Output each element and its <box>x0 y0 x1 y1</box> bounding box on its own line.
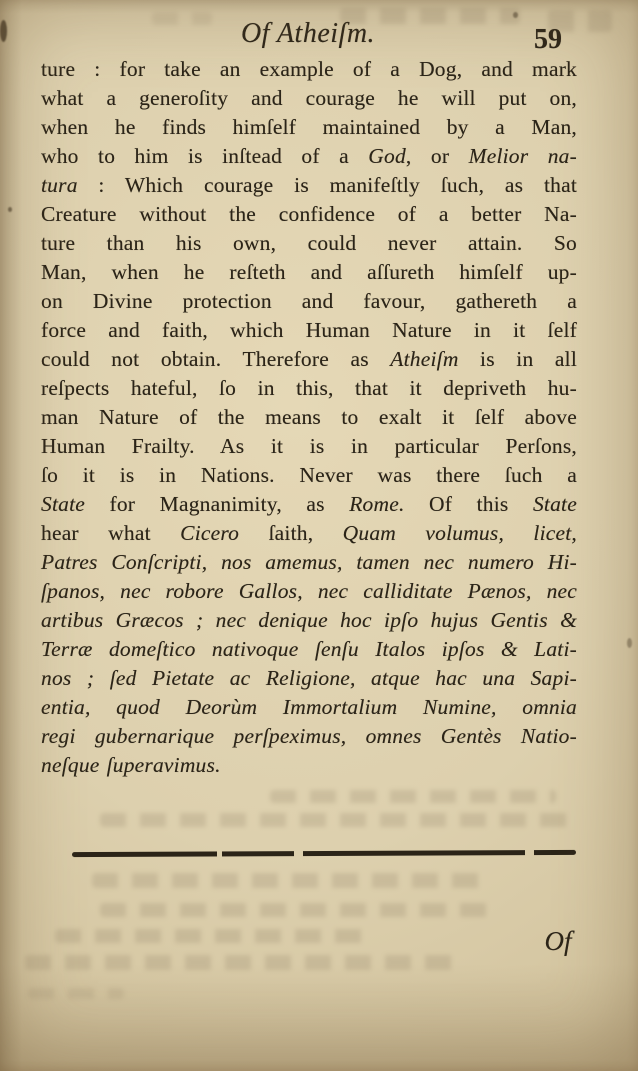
body-line: Human Frailty. As it is in particular Pe… <box>41 432 577 461</box>
body-line: ſo it is in Nations. Never was there ſuc… <box>41 461 577 490</box>
body-line: reſpects hateful, ſo in this, that it de… <box>41 374 577 403</box>
roman-text-segment: force and faith, which Human Nature in i… <box>41 318 577 342</box>
roman-text-segment: , or <box>406 144 469 168</box>
body-line: entia, quod Deorùm Immortalium Numine, o… <box>41 693 577 722</box>
italic-text-segment: State <box>533 492 577 516</box>
roman-text-segment: : Which courage is manifeſtly ſuch, as t… <box>78 173 577 197</box>
bleedthrough-ghost-row <box>28 988 124 999</box>
roman-text-segment: reſpects hateful, ſo in this, that it de… <box>41 376 577 400</box>
roman-text-segment: ſaith, <box>239 521 343 545</box>
italic-text-segment: artibus Græcos ; nec denique hoc ipſo hu… <box>41 608 577 632</box>
body-line: hear what Cicero ſaith, Quam volumus, li… <box>41 519 577 548</box>
italic-text-segment: Rome. <box>349 492 404 516</box>
body-line: neſque ſuperavimus. <box>41 751 577 780</box>
body-line: what a generoſity and courage he will pu… <box>41 84 577 113</box>
italic-text-segment: entia, quod Deorùm Immortalium Numine, o… <box>41 695 577 719</box>
body-text: ture : for take an example of a Dog, and… <box>41 55 577 780</box>
catchword: Of <box>536 926 580 957</box>
section-rule <box>72 850 576 857</box>
bleedthrough-ghost-row <box>152 12 212 25</box>
body-line: State for Magnanimity, as Rome. Of this … <box>41 490 577 519</box>
body-line: when he finds himſelf maintained by a Ma… <box>41 113 577 142</box>
bleedthrough-ghost-row <box>25 955 453 970</box>
body-line: ture : for take an example of a Dog, and… <box>41 55 577 84</box>
italic-text-segment: Terræ domeſtico nativoque ſenſu Italos i… <box>41 637 577 661</box>
italic-text-segment: God <box>368 144 406 168</box>
body-line: could not obtain. Therefore as Atheiſm i… <box>41 345 577 374</box>
roman-text-segment: Man, when he reſteth and aſſureth himſel… <box>41 260 577 284</box>
body-line: ſpanos, nec robore Gallos, nec callidita… <box>41 577 577 606</box>
page-number: 59 <box>520 24 576 56</box>
body-line: ture than his own, could never attain. S… <box>41 229 577 258</box>
body-line: force and faith, which Human Nature in i… <box>41 316 577 345</box>
ink-speck <box>0 20 7 42</box>
bleedthrough-ghost-row <box>92 873 484 888</box>
italic-text-segment: Cicero <box>180 521 239 545</box>
roman-text-segment: Human Frailty. As it is in particular Pe… <box>41 434 577 458</box>
roman-text-segment: ture than his own, could never attain. S… <box>41 231 577 255</box>
bleedthrough-ghost-row <box>270 790 556 803</box>
body-line: on Divine protection and favour, gathere… <box>41 287 577 316</box>
italic-text-segment: regi gubernarique perſpeximus, omnes Gen… <box>41 724 577 748</box>
roman-text-segment: when he finds himſelf maintained by a Ma… <box>41 115 577 139</box>
italic-text-segment: tura <box>41 173 78 197</box>
italic-text-segment: State <box>41 492 85 516</box>
body-line: nos ; ſed Pietate ac Religione, atque ha… <box>41 664 577 693</box>
italic-text-segment: Melior na- <box>469 144 577 168</box>
body-line: Creature without the confidence of a bet… <box>41 200 577 229</box>
roman-text-segment: on Divine protection and favour, gathere… <box>41 289 577 313</box>
roman-text-segment: what a generoſity and courage he will pu… <box>41 86 577 110</box>
italic-text-segment: nos ; ſed Pietate ac Religione, atque ha… <box>41 666 577 690</box>
bleedthrough-ghost-row <box>100 813 568 827</box>
italic-text-segment: ſpanos, nec robore Gallos, nec callidita… <box>41 579 577 603</box>
italic-text-segment: Atheiſm <box>390 347 458 371</box>
body-line: artibus Græcos ; nec denique hoc ipſo hu… <box>41 606 577 635</box>
italic-text-segment: neſque ſuperavimus. <box>41 753 221 777</box>
roman-text-segment: ſo it is in Nations. Never was there ſuc… <box>41 463 577 487</box>
roman-text-segment: who to him is inſtead of a <box>41 144 368 168</box>
running-head-title: Of Atheiſm. <box>228 18 388 50</box>
roman-text-segment: Creature without the confidence of a bet… <box>41 202 577 226</box>
body-line: man Nature of the means to exalt it ſelf… <box>41 403 577 432</box>
body-line: Patres Conſcripti, nos amemus, tamen nec… <box>41 548 577 577</box>
roman-text-segment: hear what <box>41 521 180 545</box>
roman-text-segment: could not obtain. Therefore as <box>41 347 390 371</box>
roman-text-segment: is in all <box>459 347 577 371</box>
italic-text-segment: Quam volumus, licet, <box>343 521 577 545</box>
body-line: tura : Which courage is manifeſtly ſuch,… <box>41 171 577 200</box>
ink-speck <box>513 12 518 18</box>
roman-text-segment: for Magnanimity, as <box>85 492 349 516</box>
book-page: Of Atheiſm. 59 ture : for take an exampl… <box>0 0 638 1071</box>
ink-speck <box>8 207 12 212</box>
bleedthrough-ghost-row <box>55 929 370 943</box>
italic-text-segment: Patres Conſcripti, nos amemus, tamen nec… <box>41 550 577 574</box>
roman-text-segment: Of this <box>405 492 533 516</box>
roman-text-segment: man Nature of the means to exalt it ſelf… <box>41 405 577 429</box>
roman-text-segment: ture : for take an example of a Dog, and… <box>41 57 577 81</box>
body-line: regi gubernarique perſpeximus, omnes Gen… <box>41 722 577 751</box>
body-line: Man, when he reſteth and aſſureth himſel… <box>41 258 577 287</box>
ink-speck <box>627 638 632 648</box>
bleedthrough-ghost-row <box>100 903 500 917</box>
body-line: Terræ domeſtico nativoque ſenſu Italos i… <box>41 635 577 664</box>
body-line: who to him is inſtead of a God, or Melio… <box>41 142 577 171</box>
